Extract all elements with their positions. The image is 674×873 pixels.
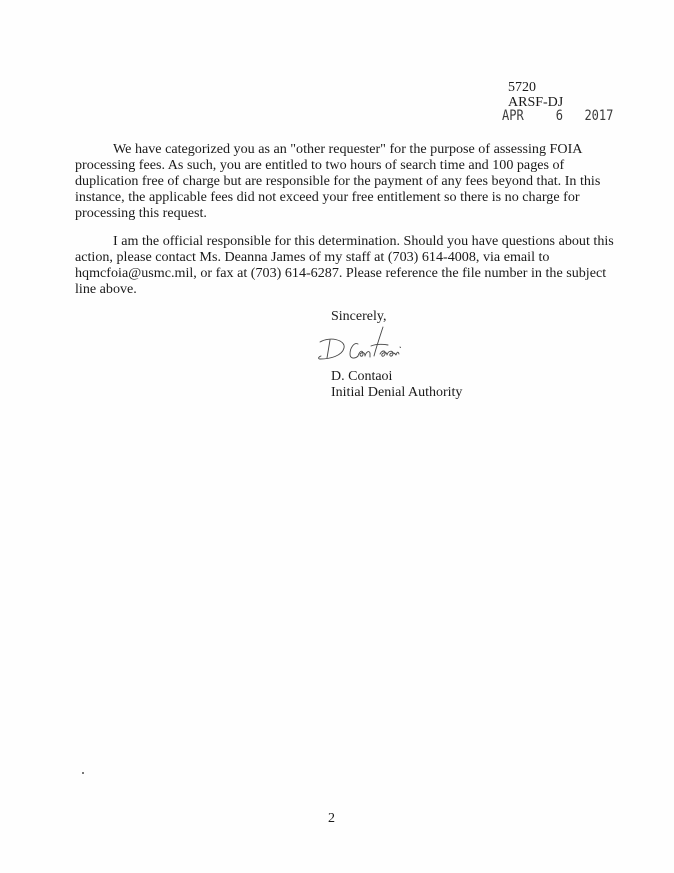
paragraph-line: processing this request. <box>75 205 605 221</box>
signatory-name: D. Contaoi <box>331 369 462 385</box>
closing-salutation: Sincerely, <box>331 309 386 325</box>
signatory-title: Initial Denial Authority <box>331 385 462 401</box>
page-number: 2 <box>328 811 335 827</box>
reference-block: 5720 ARSF-DJ <box>508 80 563 110</box>
fee-category-paragraph: We have categorized you as an "other req… <box>75 141 605 221</box>
paragraph-line: line above. <box>75 281 605 297</box>
paragraph-line: action, please contact Ms. Deanna James … <box>75 249 605 265</box>
paragraph-line: instance, the applicable fees did not ex… <box>75 189 605 205</box>
paragraph-line: I am the official responsible for this d… <box>75 233 605 249</box>
handwritten-signature-icon <box>316 326 416 368</box>
date-stamp: APR 6 2017 <box>502 108 613 124</box>
paragraph-line: duplication free of charge but are respo… <box>75 173 605 189</box>
paragraph-line: processing fees. As such, you are entitl… <box>75 157 605 173</box>
letter-page: 5720 ARSF-DJ APR 6 2017 We have categori… <box>0 0 674 873</box>
contact-paragraph: I am the official responsible for this d… <box>75 233 605 297</box>
paragraph-line: We have categorized you as an "other req… <box>75 141 605 157</box>
scan-speck <box>82 772 84 774</box>
signatory-block: D. Contaoi Initial Denial Authority <box>331 369 462 401</box>
paragraph-line: hqmcfoia@usmc.mil, or fax at (703) 614-6… <box>75 265 605 281</box>
file-number: 5720 <box>508 80 563 95</box>
